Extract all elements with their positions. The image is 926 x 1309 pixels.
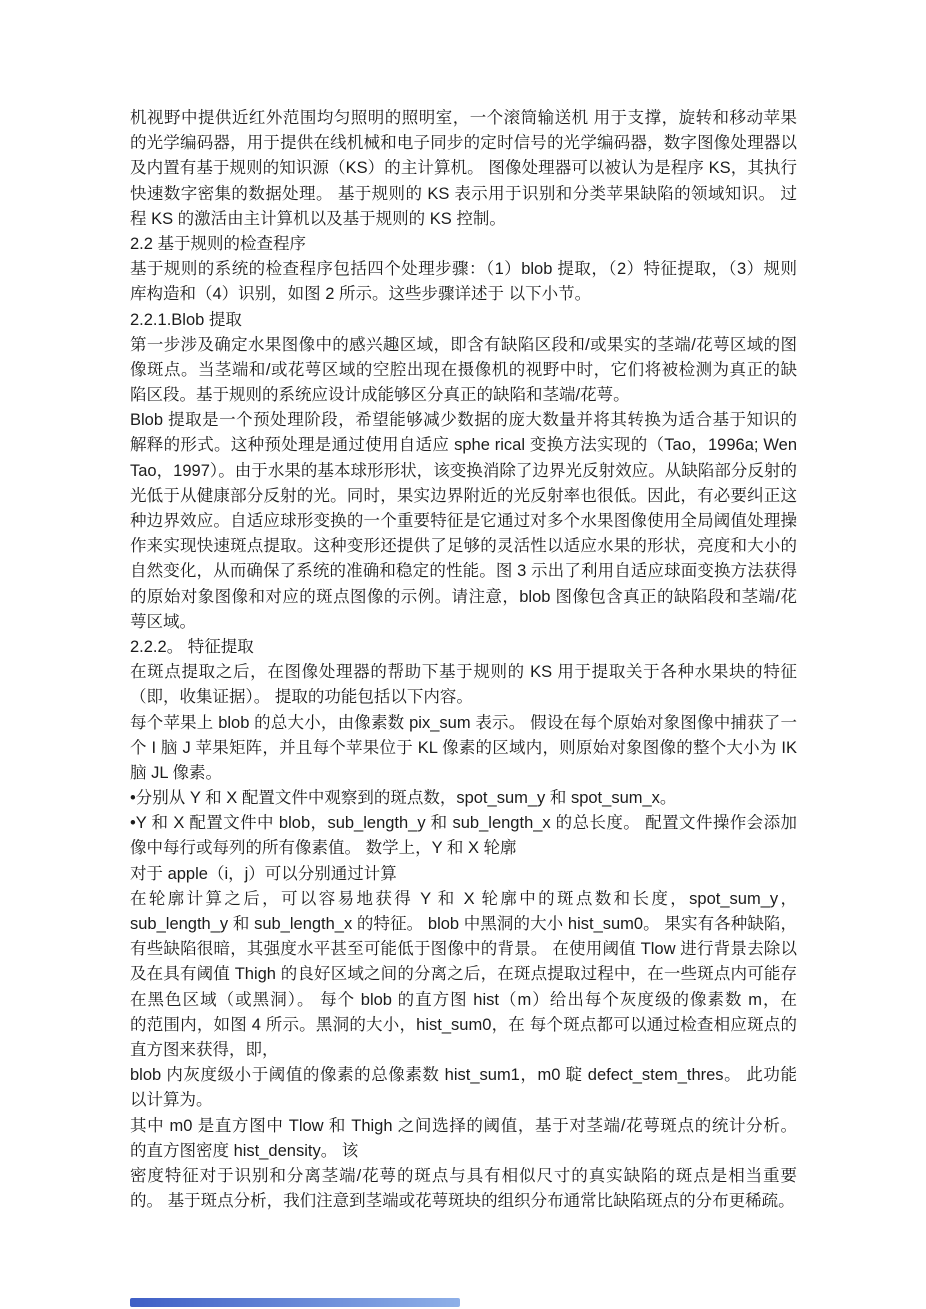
text-line: 解释的形式。这种预处理是通过使用自适应 sphe rical 变换方法实现的（T…: [130, 433, 797, 458]
text-line: •Y 和 X 配置文件中 blob，sub_length_y 和 sub_len…: [130, 811, 797, 836]
text-line: 陷区段。基于规则的系统应设计成能够区分真正的缺陷和茎端/花萼。: [130, 383, 797, 408]
text-line: （即，收集证据）。 提取的功能包括以下内容。: [130, 685, 797, 710]
text-line: 光低于从健康部分反射的光。同时，果实边界附近的光反射率也很低。因此，有必要纠正这: [130, 484, 797, 509]
text-line: 及在具有阈值 Thigh 的良好区域之间的分离之后，在斑点提取过程中，在一些斑点…: [130, 962, 797, 987]
text-line: 及内置有基于规则的知识源（KS）的主计算机。 图像处理器可以被认为是程序 KS，…: [130, 156, 797, 181]
text-line: 的光学编码器，用于提供在线机械和电子同步的定时信号的光学编码器，数字图像处理器以: [130, 131, 797, 156]
text-line: 个 I 脑 J 苹果矩阵，并且每个苹果位于 KL 像素的区域内，则原始对象图像的…: [130, 736, 797, 761]
text-line: 脑 JL 像素。: [130, 761, 797, 786]
text-line: 在黑色区域（或黑洞）。 每个 blob 的直方图 hist（m）给出每个灰度级的…: [130, 988, 797, 1013]
text-line: 像中每行或每列的所有像素值。 数学上，Y 和 X 轮廓: [130, 836, 797, 861]
text-line: 自然变化，从而确保了系统的准确和稳定的性能。图 3 示出了利用自适应球面变换方法…: [130, 559, 797, 584]
text-line: Blob 提取是一个预处理阶段，希望能够减少数据的庞大数量并将其转换为适合基于知…: [130, 408, 797, 433]
text-line: 的。 基于斑点分析，我们注意到茎端或花萼斑块的组织分布通常比缺陷斑点的分布更稀疏…: [130, 1189, 797, 1214]
text-line: 库构造和（4）识别，如图 2 所示。这些步骤详述于 以下小节。: [130, 282, 797, 307]
text-line: 直方图来获得，即，: [130, 1038, 797, 1063]
text-line: 在轮廓计算之后，可以容易地获得 Y 和 X 轮廓中的斑点数和长度，spot_su…: [130, 887, 797, 912]
text-line: 有些缺陷很暗，其强度水平甚至可能低于图像中的背景。 在使用阈值 Tlow 进行背…: [130, 937, 797, 962]
text-line: Tao，1997）。由于水果的基本球形形状，该变换消除了边界光反射效应。从缺陷部…: [130, 459, 797, 484]
text-line: 2.2.2。 特征提取: [130, 635, 797, 660]
text-line: 2.2.1.Blob 提取: [130, 308, 797, 333]
text-line: 以计算为。: [130, 1088, 797, 1113]
text-line: blob 内灰度级小于阈值的像素的总像素数 hist_sum1，m0 聢 def…: [130, 1063, 797, 1088]
text-line: 每个苹果上 blob 的总大小，由像素数 pix_sum 表示。 假设在每个原始…: [130, 711, 797, 736]
text-line: 第一步涉及确定水果图像中的感兴趣区域，即含有缺陷区段和/或果实的茎端/花萼区域的…: [130, 333, 797, 358]
text-line: 快速数字密集的数据处理。 基于规则的 KS 表示用于识别和分类苹果缺陷的领域知识…: [130, 182, 797, 207]
text-line: 的直方图密度 hist_density。 该: [130, 1139, 797, 1164]
document-page: 机视野中提供近红外范围均匀照明的照明室，一个滚筒输送机 用于支撑，旋转和移动苹果…: [0, 0, 926, 1309]
text-line: 萼区域。: [130, 610, 797, 635]
text-line: 密度特征对于识别和分离茎端/花萼的斑点与具有相似尺寸的真实缺陷的斑点是相当重要: [130, 1164, 797, 1189]
text-line: 程 KS 的激活由主计算机以及基于规则的 KS 控制。: [130, 207, 797, 232]
text-line: 机视野中提供近红外范围均匀照明的照明室，一个滚筒输送机 用于支撑，旋转和移动苹果: [130, 106, 797, 131]
text-line: 作来实现快速斑点提取。这种变形还提供了足够的灵活性以适应水果的形状，亮度和大小的: [130, 534, 797, 559]
text-line: sub_length_y 和 sub_length_x 的特征。 blob 中黑…: [130, 912, 797, 937]
text-line: 像斑点。当茎端和/或花萼区域的空腔出现在摄像机的视野中时，它们将被检测为真正的缺: [130, 358, 797, 383]
selection-highlight-bar: [130, 1298, 460, 1307]
text-line: 对于 apple（i，j）可以分别通过计算: [130, 862, 797, 887]
text-line: •分别从 Y 和 X 配置文件中观察到的斑点数，spot_sum_y 和 spo…: [130, 786, 797, 811]
text-line: 的原始对象图像和对应的斑点图像的示例。请注意，blob 图像包含真正的缺陷段和茎…: [130, 585, 797, 610]
text-line: 2.2 基于规则的检查程序: [130, 232, 797, 257]
text-line: 在斑点提取之后，在图像处理器的帮助下基于规则的 KS 用于提取关于各种水果块的特…: [130, 660, 797, 685]
text-line: 其中 m0 是直方图中 Tlow 和 Thigh 之间选择的阈值，基于对茎端/花…: [130, 1114, 797, 1139]
document-text: 机视野中提供近红外范围均匀照明的照明室，一个滚筒输送机 用于支撑，旋转和移动苹果…: [130, 106, 797, 1214]
text-line: 基于规则的系统的检查程序包括四个处理步骤：（1）blob 提取，（2）特征提取，…: [130, 257, 797, 282]
text-line: 的范围内，如图 4 所示。黑洞的大小，hist_sum0，在 每个斑点都可以通过…: [130, 1013, 797, 1038]
text-line: 种边界效应。自适应球形变换的一个重要特征是它通过对多个水果图像使用全局阈值处理操: [130, 509, 797, 534]
